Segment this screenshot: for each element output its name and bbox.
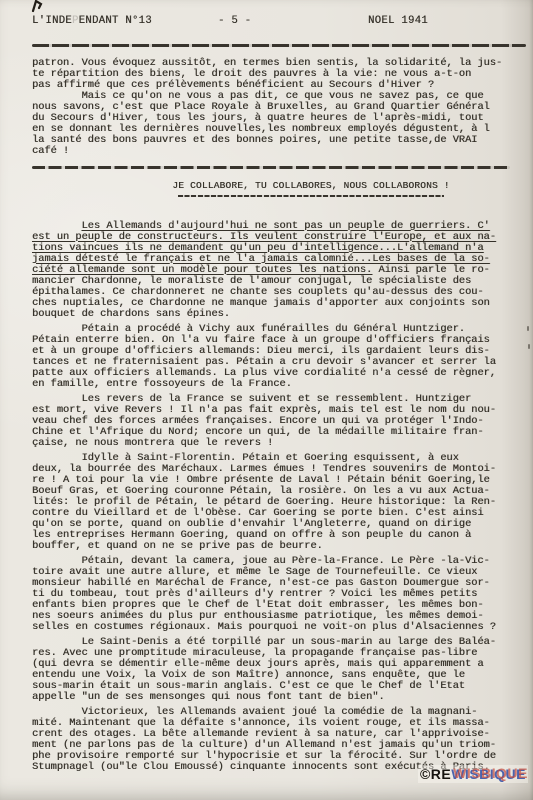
paragraph-text: Les revers de la France se suivent et se… [32, 393, 496, 449]
journal-title: L'INDEPENDANT N°13 [32, 15, 152, 27]
watermark-copyright-text: ©RE [420, 766, 451, 782]
paragraph-petain-camera: Pétain, devant la camera, joue au Père-l… [32, 556, 512, 633]
issue-date: NOEL 1941 [368, 15, 428, 27]
paragraph-saint-denis: Le Saint-Denis a été torpillé par un sou… [32, 637, 512, 703]
section-title: JE COLLABORE, TU COLLABORES, NOUS COLLAB… [71, 180, 533, 192]
page-header: L'INDEPENDANT N°13 - 5 - NOEL 1941 [32, 15, 512, 29]
paragraph-les-allemands: Les Allemands d'aujourd'hui ne sont pas … [32, 221, 512, 320]
paragraph-secours-dhiver: patron. Vous évoquez aussitôt, en termes… [32, 58, 512, 157]
page-number: - 5 - [218, 15, 251, 27]
section-divider-rule [32, 166, 510, 169]
paragraph-text: Victorieux, les Allemands avaient joué l… [32, 706, 496, 773]
paragraph-text: Pétain, devant la camera, joue au Père-l… [32, 555, 496, 633]
paragraph-petain-vichy: Pétain a procédé à Vichy aux funérailles… [32, 324, 512, 390]
watermark-red-layer: WISBIQUE [453, 765, 528, 781]
journal-title-text: L'INDE [32, 15, 72, 27]
watermark-overlay: WISBIQUEWISBIQUE [451, 766, 526, 782]
paragraph-les-revers: Les revers de la France se suivent et se… [32, 394, 512, 449]
paragraph-victorieux: Victorieux, les Allemands avaient joué l… [32, 707, 512, 773]
watermark: ©REWISBIQUEWISBIQUE [418, 765, 528, 783]
paragraph-text: Le Saint-Denis a été torpillé par un sou… [32, 636, 496, 703]
paragraph-text: Pétain a procédé à Vichy aux funérailles… [32, 323, 496, 390]
journal-title-faded-char: P [72, 15, 79, 27]
paragraph-text: patron. Vous évoquez aussitôt, en termes… [32, 57, 502, 157]
paragraph-idylle-saint-florentin: Idylle à Saint-Florentin. Pétain et Goer… [32, 453, 512, 552]
paragraph-text: Idylle à Saint-Florentin. Pétain et Goer… [32, 452, 496, 552]
scan-edge-mark [527, 326, 529, 331]
scanned-newspaper-page: L'INDEPENDANT N°13 - 5 - NOEL 1941 patro… [0, 0, 533, 800]
journal-title-text-end: ENDANT N°13 [79, 15, 152, 27]
section-title-underline [178, 195, 444, 197]
header-dashed-rule [32, 44, 526, 47]
scan-edge-mark [528, 344, 530, 349]
